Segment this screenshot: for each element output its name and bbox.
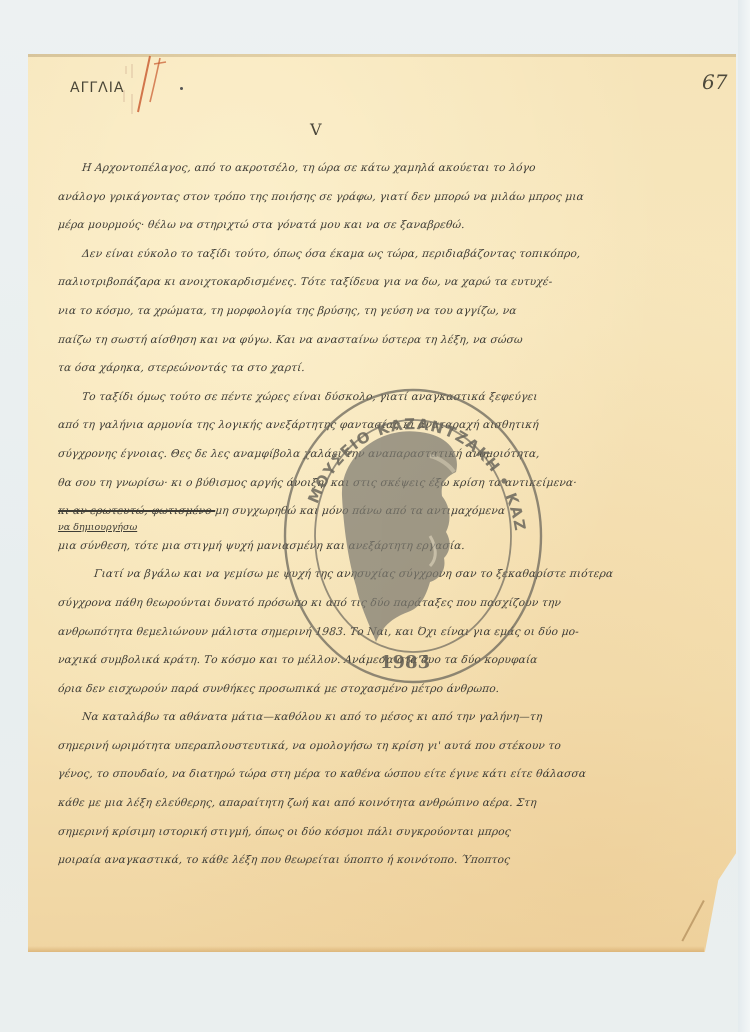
- handwritten-line: κάθε με μια λέξη ελεύθερης, απαραίτητη ζ…: [56, 789, 727, 818]
- handwritten-line: κι αν ερωτευτώ, φωτισμένο μη συγχωρηθώ κ…: [56, 497, 727, 526]
- handwritten-line: Γιατί να βγάλω και να γεμίσω με ψυχή της…: [56, 560, 727, 589]
- page-number: 67: [702, 70, 727, 94]
- handwritten-line: παλιοτριβοπάζαρα κι ανοιχτοκαρδισμένες. …: [56, 268, 727, 297]
- handwritten-line: Να καταλάβω τα αθάνατα μάτια—καθόλου κι …: [56, 703, 727, 732]
- handwritten-line: Η Αρχοντοπέλαγος, από το ακροτσέλο, τη ώ…: [56, 154, 727, 183]
- handwritten-line: σημερινή ωριμότητα υπεραπλουστευτικά, να…: [56, 732, 727, 761]
- chapter-heading: V: [310, 120, 322, 139]
- paper-bottom-edge: [28, 946, 704, 952]
- handwritten-line: από τη γαλήνια αρμονία της λογικής ανεξά…: [56, 411, 727, 440]
- margin-insertion-note: να δημιουργήσω: [58, 522, 137, 533]
- handwritten-line: ανάλογο γρικάγοντας στον τρόπο της ποιήσ…: [56, 183, 727, 212]
- handwritten-line: ανθρωπότητα θεμελιώνουν μάλιστα σημερινή…: [56, 618, 727, 647]
- handwritten-line: μια σύνθεση, τότε μια στιγμή ψυχή μανιασ…: [56, 532, 727, 561]
- handwritten-line: σύγχρονης έγνοιας. Θες δε λες αναμφίβολα…: [56, 440, 727, 469]
- handwritten-line: μέρα μουρμούς· θέλω να στηριχτώ στα γόνα…: [56, 211, 727, 240]
- handwritten-line: θα σου τη γνωρίσω· κι ο βύθισμος αργής ά…: [56, 469, 727, 498]
- handwritten-line: σύγχρονα πάθη θεωρούνται δυνατό πρόσωπο …: [56, 589, 727, 618]
- handwritten-line: Το ταξίδι όμως τούτο σε πέντε χώρες είνα…: [56, 383, 727, 412]
- handwritten-line: μοιραία αναγκαστικά, το κάθε λέξη που θε…: [56, 846, 727, 875]
- ink-dot: [180, 87, 183, 90]
- handwritten-line: τα όσα χάρηκα, στερεώνοντάς τα στο χαρτί…: [56, 354, 727, 383]
- red-pencil-marks: [120, 54, 170, 124]
- country-label: ΑΓΓΛΙΑ: [70, 80, 124, 96]
- handwritten-line: Δεν είναι εύκολο το ταξίδι τούτο, όπως ό…: [56, 240, 727, 269]
- handwritten-text-body: Η Αρχοντοπέλαγος, από το ακροτσέλο, τη ώ…: [58, 154, 726, 875]
- handwritten-line: παίζω τη σωστή αίσθηση και να φύγω. Και …: [56, 326, 727, 355]
- handwritten-line: όρια δεν εισχωρούν παρά συνθήκες προσωπι…: [56, 675, 727, 704]
- handwritten-line: νια το κόσμο, τα χρώματα, τη μορφολογία …: [56, 297, 727, 326]
- handwritten-line: ναχικά συμβολικά κράτη. Το κόσμο και το …: [56, 646, 727, 675]
- handwritten-line: γένος, το σπουδαίο, να διατηρώ τώρα στη …: [56, 760, 727, 789]
- handwritten-line: σημερινή κρίσιμη ιστορική στιγμή, όπως ο…: [56, 818, 727, 847]
- scanner-edge: [738, 0, 750, 1032]
- struck-out-word: κι αν ερωτευτώ, φωτισμένο: [57, 505, 215, 517]
